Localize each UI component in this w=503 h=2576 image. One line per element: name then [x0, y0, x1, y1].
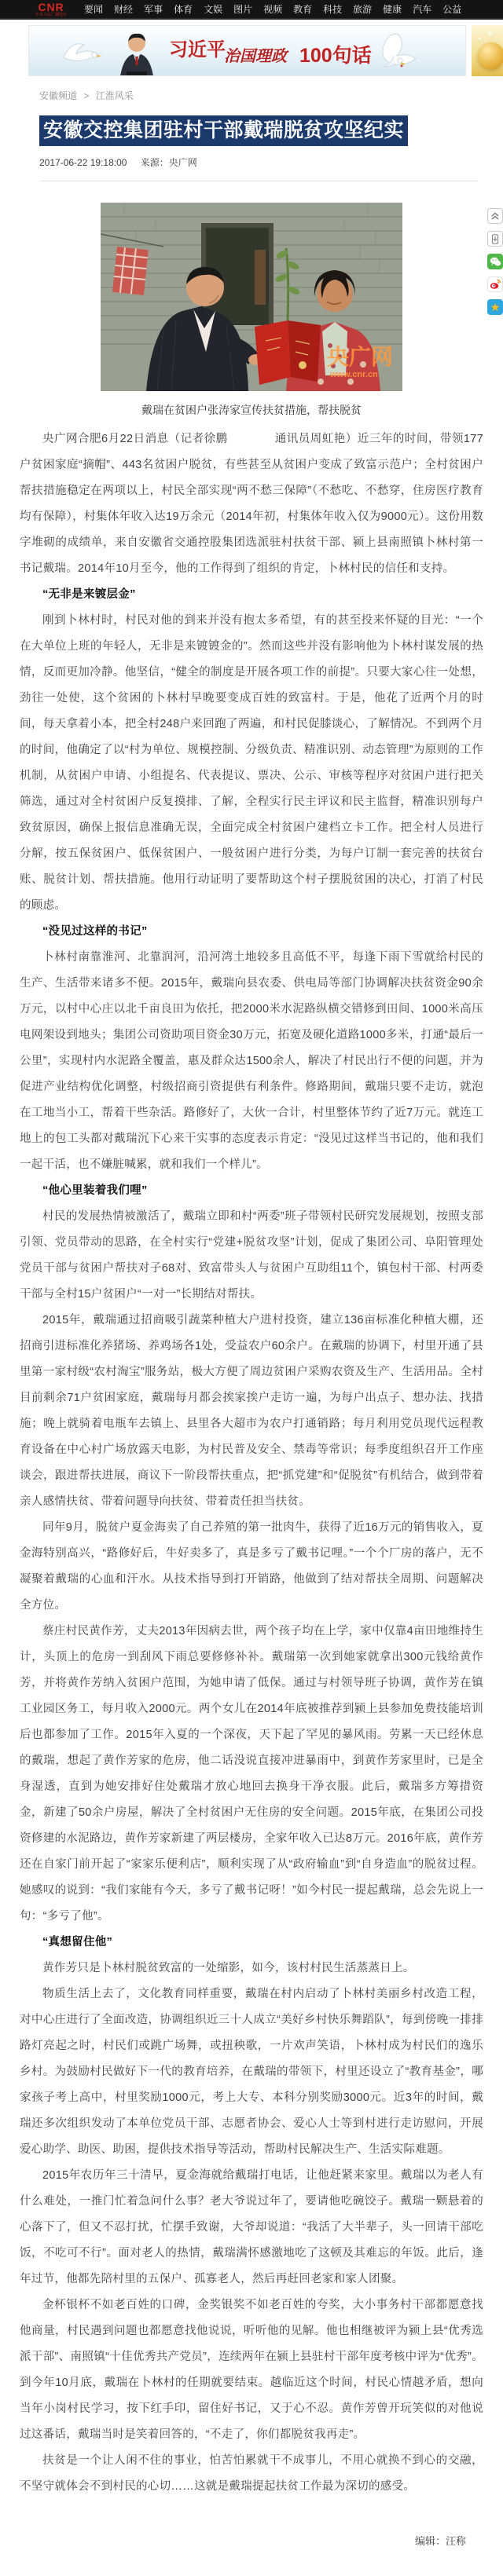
news-article-page: { "colors":{ "brand_red":"#d6281e", "nav… — [0, 0, 503, 2576]
article-paragraph: 村民的发展热情被激活了，戴瑞立即和村“两委”班子带领村民研究发展规划，按照支部引… — [20, 1204, 483, 1308]
photo-watermark-url: www.cnr.cn — [329, 370, 378, 379]
speaker-photo — [111, 31, 163, 76]
top-nav-item[interactable]: 视频 — [263, 2, 282, 16]
weibo-icon — [490, 279, 501, 290]
article-paragraph: 央广网合肥6月22日消息（记者徐鹏 通讯员周虹艳）近三年的时间，带领177户贫困… — [20, 426, 483, 582]
send-to-mobile-button[interactable] — [487, 231, 503, 247]
article-photo-figure: 央广网 www.cnr.cn 戴瑞在贫困户张涛家宣传扶贫措施，帮扶脱贫 — [20, 203, 483, 418]
article-content: 安徽频道 > 江淮风采 安徽交控集团驻村干部戴瑞脱贫攻坚纪实 2017-06-2… — [20, 89, 483, 2576]
qzone-star-icon: ★ — [490, 302, 501, 313]
cnr-logo-subtext: 中央人民广播电台 — [35, 13, 67, 17]
cnr-logo[interactable]: CNR 中央人民广播电台 — [35, 2, 67, 17]
article-paragraph: 同年9月，脱贫户夏金海卖了自己养殖的第一批肉牛，获得了近16万元的销售收入，夏金… — [20, 1515, 483, 1619]
article-section-heading: “他心里装着我们哩” — [20, 1178, 483, 1204]
article-section-heading: “无非是来镀层金” — [20, 582, 483, 608]
header-divider — [39, 181, 478, 181]
top-nav-item[interactable]: 教育 — [293, 2, 312, 16]
top-nav-item[interactable]: 财经 — [114, 2, 133, 16]
side-ad-fragment[interactable]: ✦ ✦ — [472, 25, 503, 76]
share-toolbar: ★ — [487, 208, 503, 322]
article-paragraph: 蔡庄村民黄作芳，丈夫2013年因病去世，两个孩子均在上学，家中仅靠4亩田地维持生… — [20, 1619, 483, 1930]
article-paragraph: 物质生活上去了，文化教育同样重要，戴瑞在村内启动了卜林村美丽乡村改造工程，对中心… — [20, 1981, 483, 2163]
wechat-icon — [490, 257, 501, 267]
share-wechat-button[interactable] — [487, 254, 503, 269]
article-photo: 央广网 www.cnr.cn — [101, 203, 402, 391]
top-nav-item[interactable]: 体育 — [174, 2, 193, 16]
breadcrumb-channel-link[interactable]: 安徽频道 — [39, 90, 77, 101]
top-nav-list: 要闻财经军事体育文娱图片视频教育科技旅游健康汽车公益 — [84, 2, 472, 16]
top-nav-item[interactable]: 文娱 — [204, 2, 222, 16]
article-paragraph: 刚到卜林村时，村民对他的到来并没有抱太多希望，有的甚至投来怀疑的目光：“一个在大… — [20, 608, 483, 919]
top-nav-item[interactable]: 汽车 — [413, 2, 431, 16]
publish-date: 2017-06-22 19:18:00 — [39, 157, 127, 168]
top-nav-item[interactable]: 要闻 — [84, 2, 103, 16]
sparkle-icon: ✦ — [487, 30, 494, 38]
article-paragraph: 2015年，戴瑞通过招商吸引蔬菜种植大户进村投资，建立136亩标准化种植大棚，还… — [20, 1308, 483, 1515]
top-nav-item[interactable]: 图片 — [233, 2, 252, 16]
page-title: 安徽交控集团驻村干部戴瑞脱贫攻坚纪实 — [39, 115, 408, 146]
editor-credit: 编辑：汪称 — [20, 2533, 483, 2548]
breadcrumb: 安徽频道 > 江淮风采 — [39, 89, 483, 102]
breadcrumb-section-link[interactable]: 江淮风采 — [96, 90, 134, 101]
article-section-heading: “没见过这样的书记” — [20, 919, 483, 945]
article-body: 央广网合肥6月22日消息（记者徐鹏 通讯员周虹艳）近三年的时间，带领177户贫困… — [20, 426, 483, 2500]
dove-left-icon — [57, 34, 103, 68]
cnr-logo-text: CNR — [38, 2, 64, 13]
article-paragraph: 黄作芳只是卜林村脱贫致富的一处缩影，如今，该村村民生活蒸蒸日上。 — [20, 1956, 483, 1981]
photo-watermark-text: 央广网 — [327, 345, 393, 369]
banner-title-calligraphy: 治国理政 — [224, 43, 287, 66]
article-paragraph: 扶贫是一个让人闲不住的事业，怕苦怕累就干不成事儿，不用心就换不到心的交融，不坚守… — [20, 2448, 483, 2500]
banner-title-name: 习近平 — [169, 34, 226, 61]
top-nav-item[interactable]: 健康 — [383, 2, 402, 16]
back-to-top-button[interactable] — [487, 208, 503, 224]
sparkle-icon: ✦ — [478, 36, 482, 42]
dove-right-icon — [367, 29, 424, 75]
site-header: CNR 中央人民广播电台 要闻财经军事体育文娱图片视频教育科技旅游健康汽车公益 — [0, 0, 503, 20]
article-source: 来源：央广网 — [141, 157, 197, 168]
top-nav-item[interactable]: 军事 — [144, 2, 163, 16]
share-qzone-button[interactable]: ★ — [487, 299, 503, 315]
chevron-up-double-icon — [490, 211, 500, 221]
xi-jinping-banner-ad[interactable]: 习近平 治国理政 100句话 — [28, 25, 466, 76]
mobile-download-icon — [490, 234, 500, 244]
article-paragraph: 卜林村南靠淮河、北靠润河，沿河湾土地较多且高低不平，每逢下雨下雪就给村民的生产、… — [20, 945, 483, 1178]
top-nav-item[interactable]: 科技 — [323, 2, 342, 16]
gold-ball-graphic — [478, 42, 503, 69]
top-nav-item[interactable]: 公益 — [442, 2, 461, 16]
breadcrumb-separator: > — [83, 90, 89, 101]
banner-row: 习近平 治国理政 100句话 ✦ ✦ — [0, 25, 503, 76]
top-nav-item[interactable]: 旅游 — [353, 2, 372, 16]
article-paragraph: 金杯银杯不如老百姓的口碑，金奖银奖不如老百姓的夸奖，大小事务村干部都愿意找他商量… — [20, 2292, 483, 2448]
article-section-heading: “真想留住他” — [20, 1930, 483, 1956]
article-meta: 2017-06-22 19:18:00 来源：央广网 — [39, 156, 483, 169]
share-weibo-button[interactable] — [487, 276, 503, 292]
article-paragraph: 2015年农历年三十清早，夏金海就给戴瑞打电话，让他赶紧来家里。戴瑞以为老人有什… — [20, 2163, 483, 2292]
banner-title-100: 100句话 — [299, 40, 372, 68]
photo-caption: 戴瑞在贫困户张涛家宣传扶贫措施，帮扶脱贫 — [20, 402, 483, 418]
